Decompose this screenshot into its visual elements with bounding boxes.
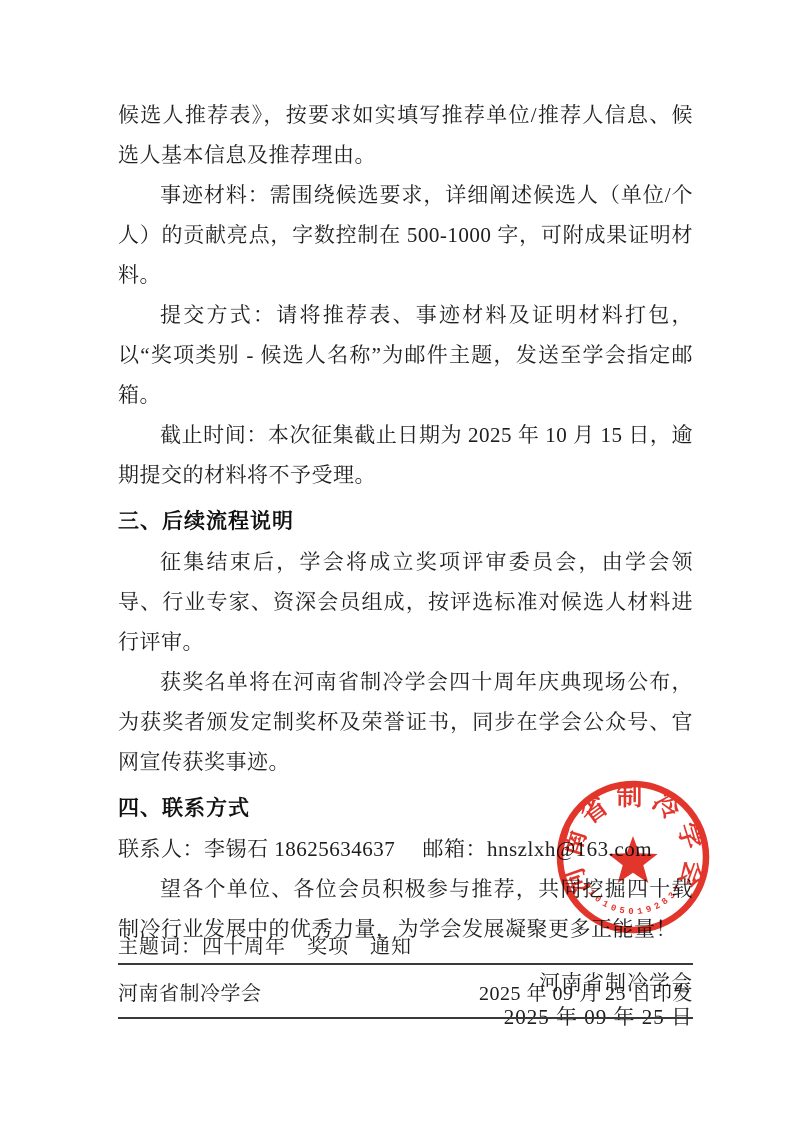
star-icon: [608, 836, 657, 883]
paragraph: 候选人推荐表》，按要求如实填写推荐单位/推荐人信息、候选人基本信息及推荐理由。: [118, 95, 693, 175]
seal-code: 4101050192837: [580, 881, 686, 918]
footer-issuer: 河南省制冷学会: [118, 977, 262, 1006]
paragraph: 获奖名单将在河南省制冷学会四十周年庆典现场公布，为获奖者颁发定制奖杯及荣誉证书，…: [118, 662, 693, 782]
paragraph: 提交方式：请将推荐表、事迹材料及证明材料打包，以“奖项类别 - 候选人名称”为邮…: [118, 295, 693, 415]
document-page: 候选人推荐表》，按要求如实填写推荐单位/推荐人信息、候选人基本信息及推荐理由。事…: [0, 0, 800, 1131]
section-heading: 三、后续流程说明: [118, 501, 693, 542]
keywords-line: 主题词：四十周年 奖项 通知: [118, 930, 412, 959]
footer-print-date: 2025 年 09 月 25 日印发: [479, 977, 693, 1006]
paragraph: 征集结束后，学会将成立奖项评审委员会，由学会领导、行业专家、资深会员组成，按评选…: [118, 542, 693, 662]
footer-rule-bottom: [118, 1017, 693, 1019]
official-seal: 河南省制冷学会 4101050192837: [553, 777, 713, 937]
paragraph: 截止时间：本次征集截止日期为 2025 年 10 月 15 日，逾期提交的材料将…: [118, 415, 693, 495]
paragraph: 事迹材料：需围绕候选要求，详细阐述候选人（单位/个人）的贡献亮点，字数控制在 5…: [118, 175, 693, 295]
